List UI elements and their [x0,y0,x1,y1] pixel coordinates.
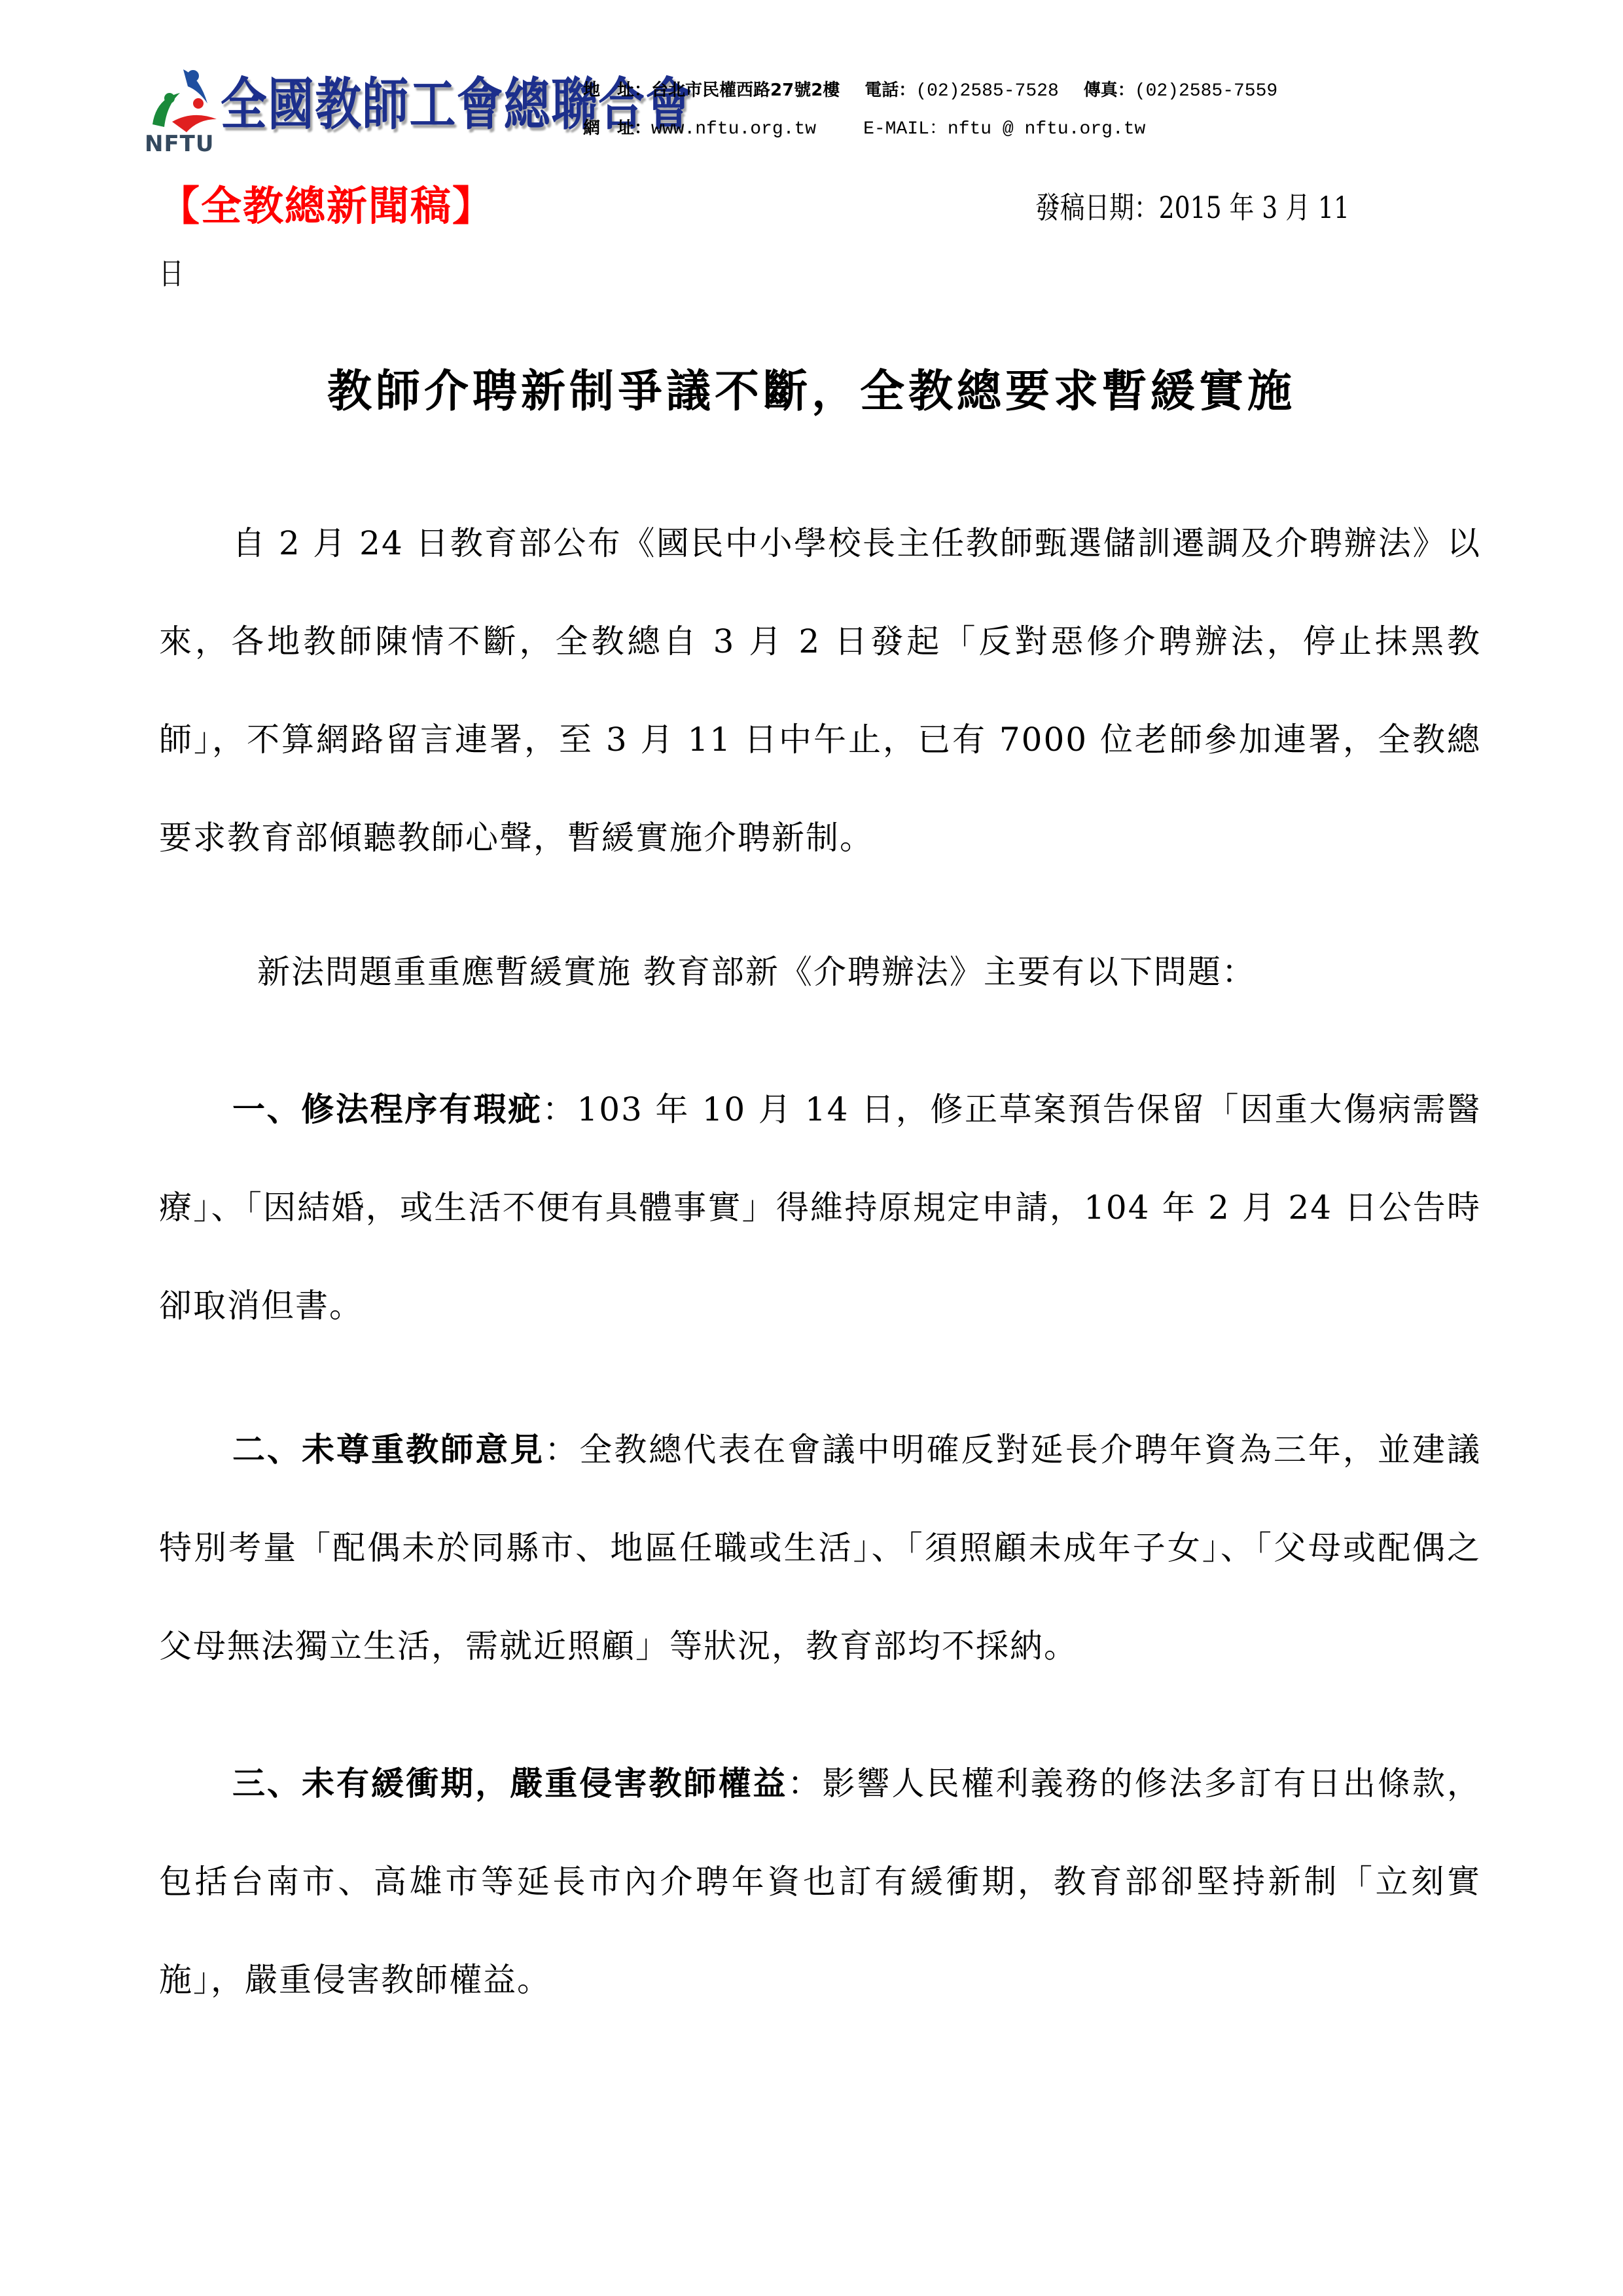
release-date-wrap: 日 [159,254,184,293]
contact-line-address: 地 址：台北市民權西路27號2樓電話：(02)2585-7528傳真：(02)2… [583,72,1277,110]
point-1-paragraph: 一、修法程序有瑕疵：103 年 10 月 14 日，修正草案預告保留「因重大傷病… [159,1060,1481,1355]
subheading: 新法問題重重應暫緩實施 教育部新《介聘辦法》主要有以下問題： [159,923,1481,1021]
website-link[interactable]: www.nftu.org.tw [651,119,816,139]
subheading-block: 新法問題重重應暫緩實施 教育部新《介聘辦法》主要有以下問題： [159,923,1481,1021]
phone-label: 電話： [865,81,916,100]
press-release-tag: 【全教總新聞稿】 [159,180,494,232]
nftu-emblem-icon [147,64,219,136]
email-label: E-MAIL： [863,119,948,139]
intro-paragraph-block: 自 2 月 24 日教育部公布《國民中小學校長主任教師甄選儲訓遷調及介聘辦法》以… [159,494,1481,887]
point-1: 一、修法程序有瑕疵：103 年 10 月 14 日，修正草案預告保留「因重大傷病… [159,1060,1481,1355]
letterhead: NFTU 全國教師工會總聯合會 地 址：台北市民權西路27號2樓電話：(02)2… [141,60,1515,158]
point-3: 三、未有緩衝期，嚴重侵害教師權益：影響人民權利義務的修法多訂有日出條款，包括台南… [159,1734,1481,2029]
release-date: 發稿日期：2015 年 3 月 11 [1035,185,1349,230]
contact-info: 地 址：台北市民權西路27號2樓電話：(02)2585-7528傳真：(02)2… [583,72,1277,148]
fax-label: 傳真： [1084,81,1135,100]
point-2: 二、未尊重教師意見：全教總代表在會議中明確反對延長介聘年資為三年，並建議特別考量… [159,1401,1481,1695]
email-link[interactable]: nftu @ nftu.org.tw [948,119,1145,139]
intro-paragraph: 自 2 月 24 日教育部公布《國民中小學校長主任教師甄選儲訓遷調及介聘辦法》以… [159,494,1481,887]
website-label: 網 址： [583,118,651,138]
point-2-paragraph: 二、未尊重教師意見：全教總代表在會議中明確反對延長介聘年資為三年，並建議特別考量… [159,1401,1481,1695]
point-3-heading: 三、未有緩衝期，嚴重侵害教師權益 [232,1764,787,1803]
phone-value: (02)2585-7528 [916,81,1058,101]
address-label: 地 址： [583,81,651,100]
page-title: 教師介聘新制爭議不斷，全教總要求暫緩實施 [0,359,1623,424]
point-3-paragraph: 三、未有緩衝期，嚴重侵害教師權益：影響人民權利義務的修法多訂有日出條款，包括台南… [159,1734,1481,2029]
contact-line-web: 網 址：www.nftu.org.twE-MAIL：nftu @ nftu.or… [583,110,1277,148]
point-1-heading: 一、修法程序有瑕疵 [232,1090,543,1128]
logo-abbreviation: NFTU [145,131,214,157]
address-value: 台北市民權西路27號2樓 [651,81,840,100]
nftu-logo: NFTU 全國教師工會總聯合會 [141,60,560,158]
point-2-heading: 二、未尊重教師意見 [232,1430,544,1469]
fax-value: (02)2585-7559 [1135,81,1277,101]
